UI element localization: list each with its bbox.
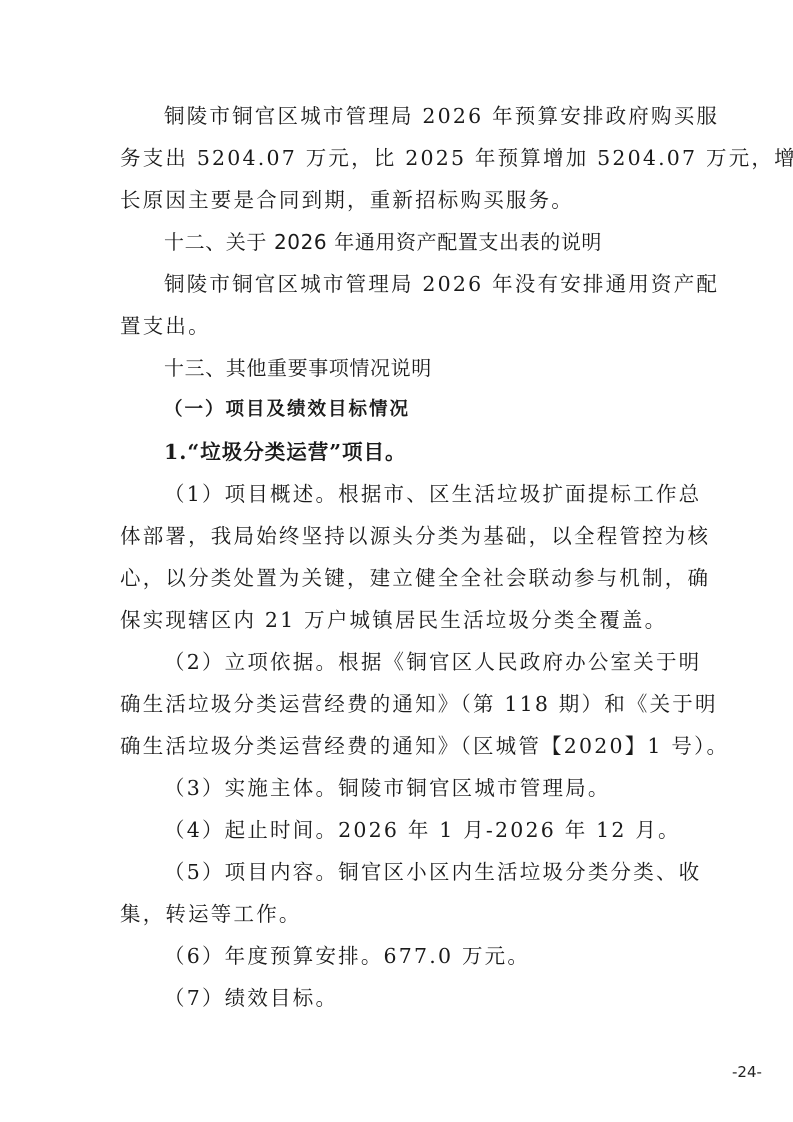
paragraph-purchase-services-line-3: 长原因主要是合同到期，重新招标购买服务。 (120, 185, 574, 215)
project-basis-line-1: （2）立项依据。根据《铜官区人民政府办公室关于明 (164, 647, 701, 677)
annual-budget: （6）年度预算安排。677.0 万元。 (164, 941, 530, 971)
section-heading-12: 十二、关于 2026 年通用资产配置支出表的说明 (164, 227, 602, 257)
subsection-heading-project-goals: （一）项目及绩效目标情况 (164, 395, 410, 425)
section-heading-13: 十三、其他重要事项情况说明 (164, 353, 432, 383)
project-duration: （4）起止时间。2026 年 1 月-2026 年 12 月。 (164, 815, 681, 845)
paragraph-purchase-services-line-1: 铜陵市铜官区城市管理局 2026 年预算安排政府购买服 (164, 101, 719, 131)
project-title-garbage-sorting: 1.“垃圾分类运营”项目。 (164, 437, 406, 467)
project-overview-line-3: 心，以分类处置为关键，建立健全全社会联动参与机制，确 (120, 563, 710, 593)
project-basis-line-3: 确生活垃圾分类运营经费的通知》（区城管【2020】1 号）。 (120, 731, 729, 761)
paragraph-asset-config-line-2: 置支出。 (120, 311, 211, 341)
implementing-entity: （3）实施主体。铜陵市铜官区城市管理局。 (164, 773, 611, 803)
project-overview-line-2: 体部署，我局始终坚持以源头分类为基础，以全程管控为核 (120, 521, 710, 551)
paragraph-purchase-services-line-2: 务支出 5204.07 万元，比 2025 年预算增加 5204.07 万元，增 (120, 143, 793, 173)
performance-targets: （7）绩效目标。 (164, 983, 338, 1013)
project-content-line-1: （5）项目内容。铜官区小区内生活垃圾分类分类、收 (164, 857, 701, 887)
page-number: -24- (732, 1063, 762, 1081)
project-content-line-2: 集，转运等工作。 (120, 899, 302, 929)
project-overview-line-4: 保实现辖区内 21 万户城镇居民生活垃圾分类全覆盖。 (120, 605, 667, 635)
paragraph-asset-config-line-1: 铜陵市铜官区城市管理局 2026 年没有安排通用资产配 (164, 269, 719, 299)
project-basis-line-2: 确生活垃圾分类运营经费的通知》（第 118 期）和《关于明 (120, 689, 718, 719)
project-overview-line-1: （1）项目概述。根据市、区生活垃圾扩面提标工作总 (164, 479, 701, 509)
